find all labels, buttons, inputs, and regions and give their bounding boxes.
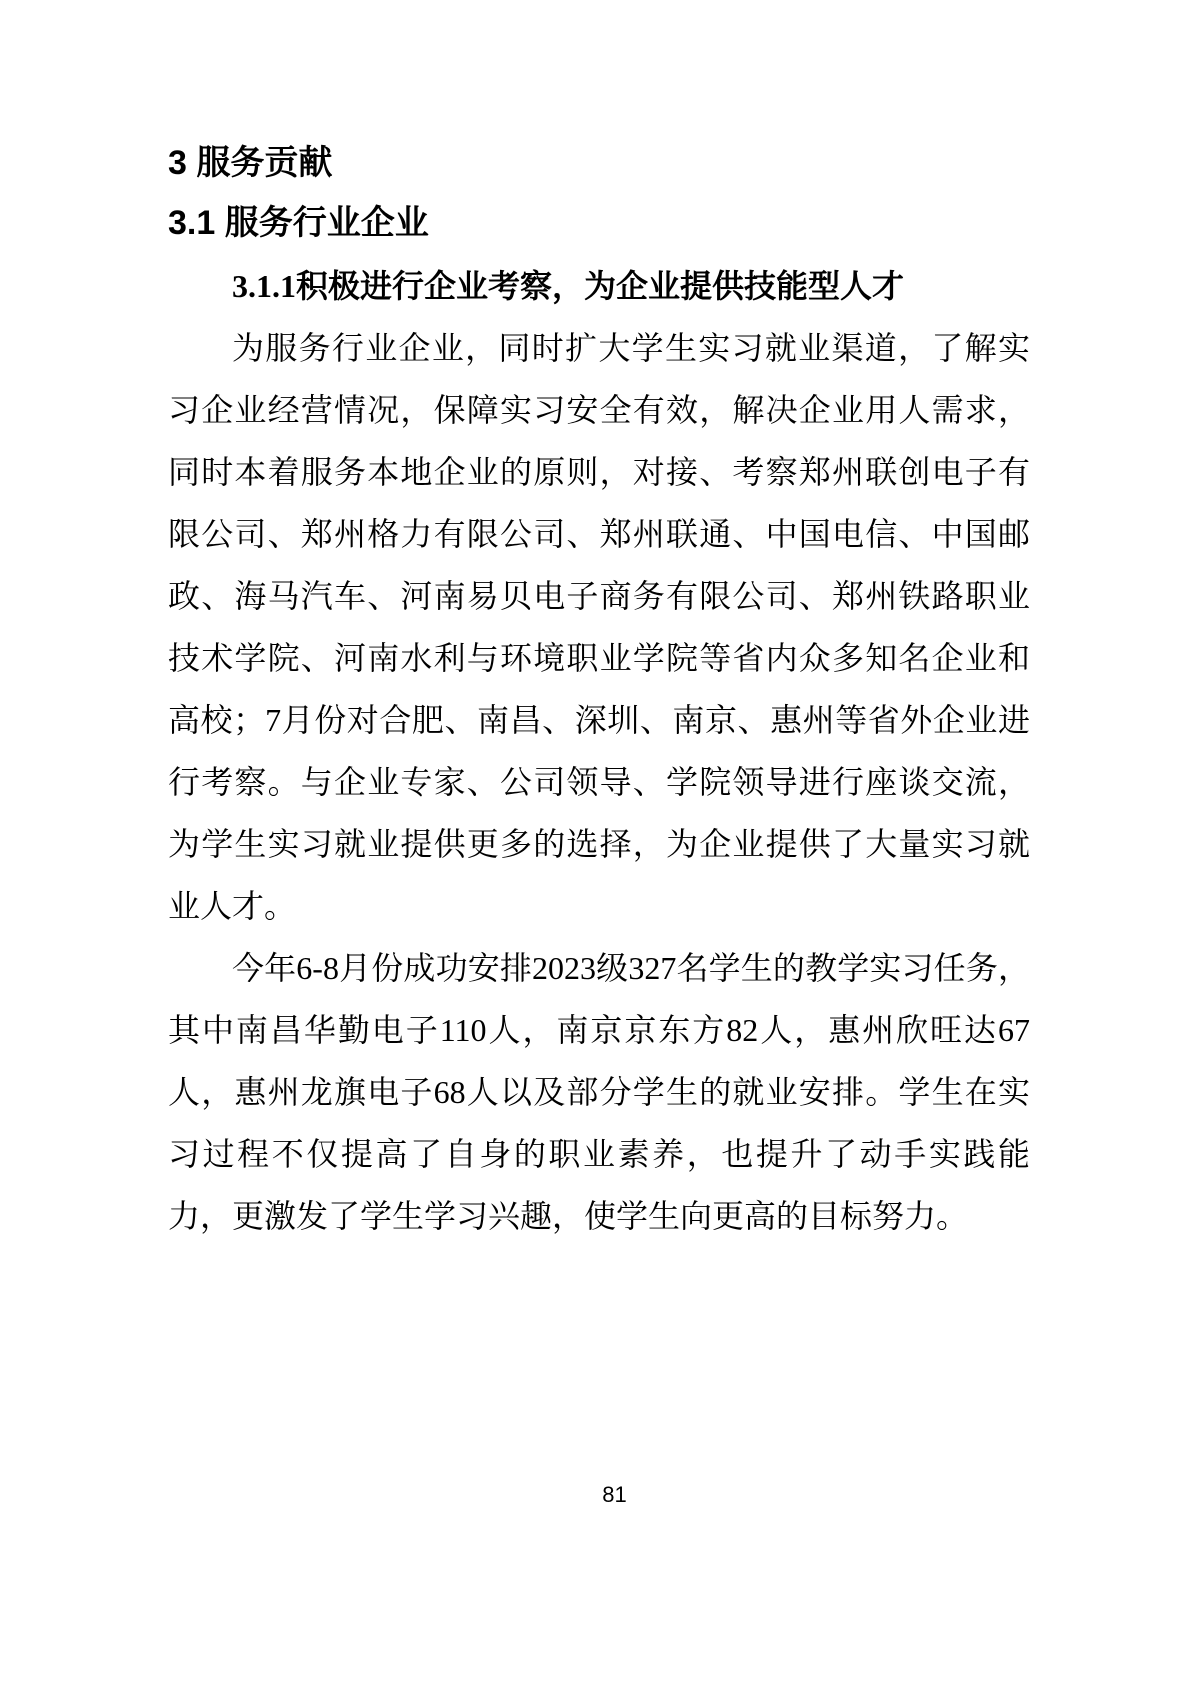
paragraph-enterprise-inspection: 为服务行业企业，同时扩大学生实习就业渠道，了解实习企业经营情况，保障实习安全有效… bbox=[168, 317, 1030, 937]
subsection-heading: 3.1 服务行业企业 bbox=[168, 201, 1030, 245]
paragraph-internship-arrangement: 今年6-8月份成功安排2023级327名学生的教学实习任务，其中南昌华勤电子11… bbox=[168, 937, 1030, 1247]
subsubsection-heading: 3.1.1积极进行企业考察，为企业提供技能型人才 bbox=[168, 264, 1030, 308]
section-heading: 3 服务贡献 bbox=[168, 141, 1030, 185]
page-number: 81 bbox=[0, 1482, 1191, 1508]
document-page: 3 服务贡献 3.1 服务行业企业 3.1.1积极进行企业考察，为企业提供技能型… bbox=[0, 0, 1191, 1684]
